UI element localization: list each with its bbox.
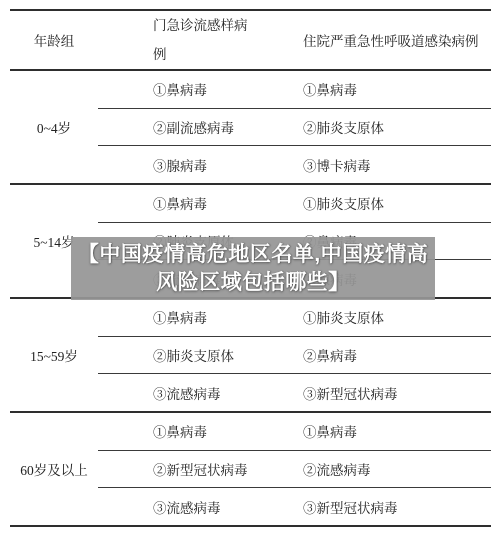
outpatient-rank-cell: ③流感病毒 — [98, 497, 303, 517]
table-header-row: 年龄组 门急诊流感样病例 住院严重急性呼吸道感染病例 — [10, 9, 491, 71]
table-row: ③流感病毒 ③新型冠状病毒 — [98, 373, 491, 411]
outpatient-rank-cell: ①鼻病毒 — [98, 193, 303, 213]
outpatient-rank-cell: ①鼻病毒 — [98, 307, 303, 327]
inpatient-rank-cell: ③博卡病毒 — [303, 155, 491, 175]
inpatient-rank-cell: ①鼻病毒 — [303, 421, 491, 441]
outpatient-rank-cell: ③流感病毒 — [98, 383, 303, 403]
inpatient-rank-cell: ①肺炎支原体 — [303, 193, 491, 213]
watermark-title-line2: 风险区域包括哪些】 — [156, 269, 350, 297]
table-row: ②肺炎支原体 ②鼻病毒 — [98, 336, 491, 374]
inpatient-rank-cell: ②肺炎支原体 — [303, 117, 491, 137]
age-group-label: 0~4岁 — [10, 71, 98, 183]
inpatient-rank-cell: ②流感病毒 — [303, 459, 491, 479]
table-row: ①鼻病毒 ①鼻病毒 — [98, 71, 491, 108]
table-row: ①鼻病毒 ①肺炎支原体 — [98, 299, 491, 336]
age-group-label: 60岁及以上 — [10, 413, 98, 525]
outpatient-rank-cell: ②副流感病毒 — [98, 117, 303, 137]
age-group-label: 15~59岁 — [10, 299, 98, 411]
table-group-15-59: 15~59岁 ①鼻病毒 ①肺炎支原体 ②肺炎支原体 ②鼻病毒 ③流感病毒 ③新型… — [10, 299, 491, 413]
header-outpatient-cell: 门急诊流感样病例 — [98, 11, 303, 69]
inpatient-rank-cell: ②鼻病毒 — [303, 345, 491, 365]
header-age-group: 年龄组 — [10, 11, 98, 69]
table-group-0-4: 0~4岁 ①鼻病毒 ①鼻病毒 ②副流感病毒 ②肺炎支原体 ③腺病毒 ③博卡病毒 — [10, 71, 491, 185]
table-group-60-plus: 60岁及以上 ①鼻病毒 ①鼻病毒 ②新型冠状病毒 ②流感病毒 ③流感病毒 ③新型… — [10, 413, 491, 527]
outpatient-rank-cell: ①鼻病毒 — [98, 79, 303, 99]
table-row: ①鼻病毒 ①肺炎支原体 — [98, 185, 491, 222]
header-inpatient-label: 住院严重急性呼吸道感染病例 — [303, 11, 491, 69]
inpatient-rank-cell: ③新型冠状病毒 — [303, 383, 491, 403]
table-row: ③流感病毒 ③新型冠状病毒 — [98, 487, 491, 525]
header-outpatient-label: 门急诊流感样病例 — [153, 11, 253, 69]
watermark-title-line1: 【中国疫情高危地区名单,中国疫情高 — [78, 241, 428, 269]
table-row: ①鼻病毒 ①鼻病毒 — [98, 413, 491, 450]
outpatient-rank-cell: ②肺炎支原体 — [98, 345, 303, 365]
table-row: ②副流感病毒 ②肺炎支原体 — [98, 108, 491, 146]
outpatient-rank-cell: ①鼻病毒 — [98, 421, 303, 441]
inpatient-rank-cell: ①肺炎支原体 — [303, 307, 491, 327]
watermark-title-overlay: 【中国疫情高危地区名单,中国疫情高 风险区域包括哪些】 — [71, 237, 435, 300]
inpatient-rank-cell: ①鼻病毒 — [303, 79, 491, 99]
outpatient-rank-cell: ③腺病毒 — [98, 155, 303, 175]
outpatient-rank-cell: ②新型冠状病毒 — [98, 459, 303, 479]
inpatient-rank-cell: ③新型冠状病毒 — [303, 497, 491, 517]
article-table-image: { "page": { "background": "#ffffff" }, "… — [0, 0, 500, 535]
table-row: ②新型冠状病毒 ②流感病毒 — [98, 450, 491, 488]
table-row: ③腺病毒 ③博卡病毒 — [98, 145, 491, 183]
